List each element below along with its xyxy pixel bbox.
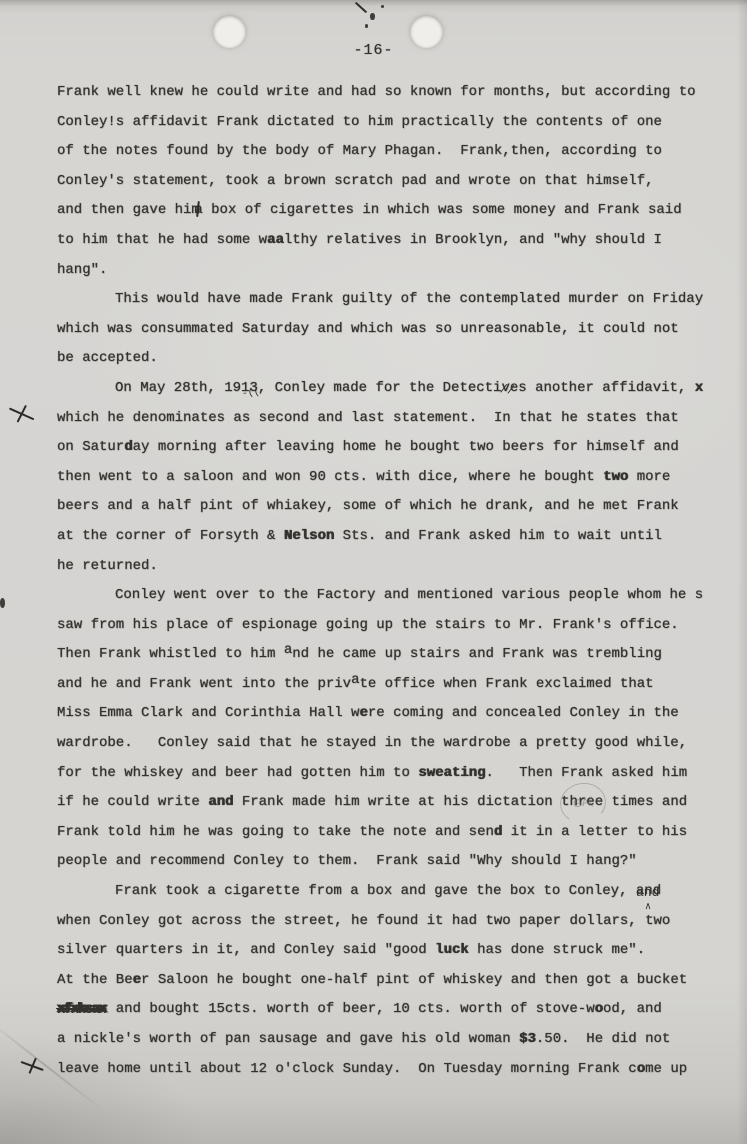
left-edge-speck — [0, 598, 5, 608]
text-segment: $3 — [519, 1031, 536, 1047]
text-segment: e — [133, 972, 141, 988]
text-segment: o — [595, 1001, 603, 1017]
text-segment: wardrobe. Conley said that he stayed in … — [57, 735, 687, 751]
text-line: Conley!s affidavit Frank dictated to him… — [57, 108, 747, 138]
text-segment: more — [628, 469, 670, 485]
text-line: At the Beer Saloon he bought one-half pi… — [57, 966, 747, 996]
text-segment: Frank well knew he could write and had s… — [57, 84, 696, 100]
text-segment: Nelson — [284, 528, 334, 544]
text-line: on Saturday morning after leaving home h… — [57, 433, 747, 463]
text-segment: Sts. and Frank asked him to wait until — [334, 528, 662, 544]
insertion-caret: ∧ — [645, 901, 651, 913]
text-line: silver quarters in it, and Conley said "… — [57, 936, 747, 966]
text-segment: hang". — [57, 262, 107, 278]
text-line: then went to a saloon and won 90 cts. wi… — [57, 463, 747, 493]
text-line: when Conley got across the street, he fo… — [57, 907, 747, 937]
text-segment: e — [359, 705, 367, 721]
text-line: Conley went over to the Factory and ment… — [57, 581, 747, 611]
text-segment: to him that he had some w — [57, 232, 267, 248]
text-segment: me up — [645, 1061, 687, 1077]
text-segment: x — [695, 380, 703, 396]
text-line: which was consummated Saturday and which… — [57, 315, 747, 345]
margin-x-mark-top — [11, 403, 31, 423]
text-segment: luck — [435, 942, 469, 958]
text-line: hang". — [57, 256, 747, 286]
text-segment: Conley went over to the Factory and ment… — [115, 587, 703, 603]
top-ink-stroke — [355, 2, 367, 14]
text-line: of the notes found by the body of Mary P… — [57, 137, 747, 167]
inserted-word-and: and — [636, 885, 659, 900]
text-segment: Frank took a cigarette from a box and ga… — [115, 883, 661, 899]
text-segment: Miss Emma Clark and Corinthia Hall w — [57, 705, 359, 721]
text-segment: xfxksax — [57, 1001, 107, 1017]
text-line: and he and Frank went into the private o… — [57, 670, 747, 700]
text-segment: ay morning after leaving home he bought … — [133, 439, 679, 455]
typewritten-text-block: Frank well knew he could write and had s… — [57, 78, 747, 1084]
text-segment: when Conley got across the street, he fo… — [57, 913, 670, 929]
text-line: he returned. — [57, 552, 747, 582]
text-line: On May 28th, 1913, Conley made for the D… — [57, 374, 747, 404]
text-segment: at the corner of Forsyth & — [57, 528, 284, 544]
text-line: Then Frank whistled to him and he came u… — [57, 640, 747, 670]
text-segment: and he and Frank went into the priv — [57, 676, 351, 692]
text-segment: saw from his place of espionage going up… — [57, 617, 679, 633]
text-segment: r Saloon he bought one-half pint of whis… — [141, 972, 687, 988]
text-line: xfxksax and bought 15cts. worth of beer,… — [57, 995, 747, 1025]
text-segment: Frank told him he was going to take the … — [57, 824, 494, 840]
text-segment: box of cigarettes in which was some mone… — [203, 202, 682, 218]
text-segment: and then gave him — [57, 202, 200, 218]
text-segment: od, and — [603, 1001, 662, 1017]
text-segment: silver quarters in it, and Conley said "… — [57, 942, 435, 958]
text-line: if he could write and Frank made him wri… — [57, 788, 747, 818]
page-number: -16- — [0, 42, 747, 59]
text-line: Conley's statement, took a brown scratch… — [57, 167, 747, 197]
text-segment: This would have made Frank guilty of the… — [115, 291, 703, 307]
text-line: Frank told him he was going to take the … — [57, 818, 747, 848]
text-segment: then went to a saloon and won 90 cts. wi… — [57, 469, 603, 485]
text-line: people and recommend Conley to them. Fra… — [57, 847, 747, 877]
text-segment: On May 28th, 1913, Conley made for the D… — [115, 380, 695, 396]
text-line: for the whiskey and beer had gotten him … — [57, 759, 747, 789]
text-line: be accepted. — [57, 344, 747, 374]
text-line: which he denominates as second and last … — [57, 404, 747, 434]
text-segment: lthy relatives in Brooklyn, and "why sho… — [284, 232, 662, 248]
text-line: a nickle's worth of pan sausage and gave… — [57, 1025, 747, 1055]
text-segment: if he could write — [57, 794, 208, 810]
text-segment: sweating — [418, 765, 485, 781]
text-segment: for the whiskey and beer had gotten him … — [57, 765, 418, 781]
text-segment: At the Be — [57, 972, 133, 988]
scanned-document-page: { "page": { "number_label": "-16-", "pap… — [0, 0, 747, 1144]
text-segment: which was consummated Saturday and which… — [57, 321, 679, 337]
text-line: wardrobe. Conley said that he stayed in … — [57, 729, 747, 759]
text-segment: of the notes found by the body of Mary P… — [57, 143, 662, 159]
text-segment: has done struck me". — [469, 942, 645, 958]
text-segment: Conley's statement, took a brown scratch… — [57, 173, 654, 189]
text-segment: nd he came up stairs and Frank was tremb… — [292, 646, 662, 662]
text-segment: Frank made him write at his dictation th… — [233, 794, 687, 810]
text-line: This would have made Frank guilty of the… — [57, 285, 747, 315]
top-ink-speck-3 — [381, 5, 384, 8]
text-segment: he returned. — [57, 558, 158, 574]
text-segment: it in a letter to his — [502, 824, 687, 840]
text-line: at the corner of Forsyth & Nelson Sts. a… — [57, 522, 747, 552]
text-segment: and — [208, 794, 233, 810]
top-ink-speck-2 — [365, 24, 368, 28]
text-segment: leave home until about 12 o'clock Sunday… — [57, 1061, 637, 1077]
text-segment: Then Frank whistled to him — [57, 646, 284, 662]
text-line: Frank well knew he could write and had s… — [57, 78, 747, 108]
text-segment: Conley!s affidavit Frank dictated to him… — [57, 114, 662, 130]
text-line: Miss Emma Clark and Corinthia Hall were … — [57, 699, 747, 729]
text-segment: re coming and concealed Conley in the — [368, 705, 679, 721]
text-line: saw from his place of espionage going up… — [57, 611, 747, 641]
text-segment: d — [124, 439, 132, 455]
text-line: leave home until about 12 o'clock Sunday… — [57, 1055, 747, 1085]
text-segment: aa — [267, 232, 284, 248]
text-segment: .50. He did not — [536, 1031, 670, 1047]
text-segment: te office when Frank exclaimed that — [359, 676, 653, 692]
text-line: beers and a half pint of whiakey, some o… — [57, 492, 747, 522]
text-segment: beers and a half pint of whiakey, some o… — [57, 498, 679, 514]
text-line: to him that he had some waalthy relative… — [57, 226, 747, 256]
inserted-quote-close: // — [499, 382, 515, 398]
text-segment: a nickle's worth of pan sausage and gave… — [57, 1031, 519, 1047]
text-segment: . Then Frank asked him — [485, 765, 687, 781]
text-segment: and bought 15cts. worth of beer, 10 cts.… — [107, 1001, 594, 1017]
text-segment: be accepted. — [57, 350, 158, 366]
text-segment: a — [284, 642, 292, 658]
top-ink-speck-1 — [370, 13, 375, 20]
text-segment: which he denominates as second and last … — [57, 410, 679, 426]
text-segment: a — [351, 672, 359, 688]
text-segment: two — [603, 469, 628, 485]
text-segment: on Satur — [57, 439, 124, 455]
text-segment: o — [637, 1061, 645, 1077]
text-line: and then gave hima box of cigarettes in … — [57, 196, 747, 226]
text-segment: people and recommend Conley to them. Fra… — [57, 853, 637, 869]
